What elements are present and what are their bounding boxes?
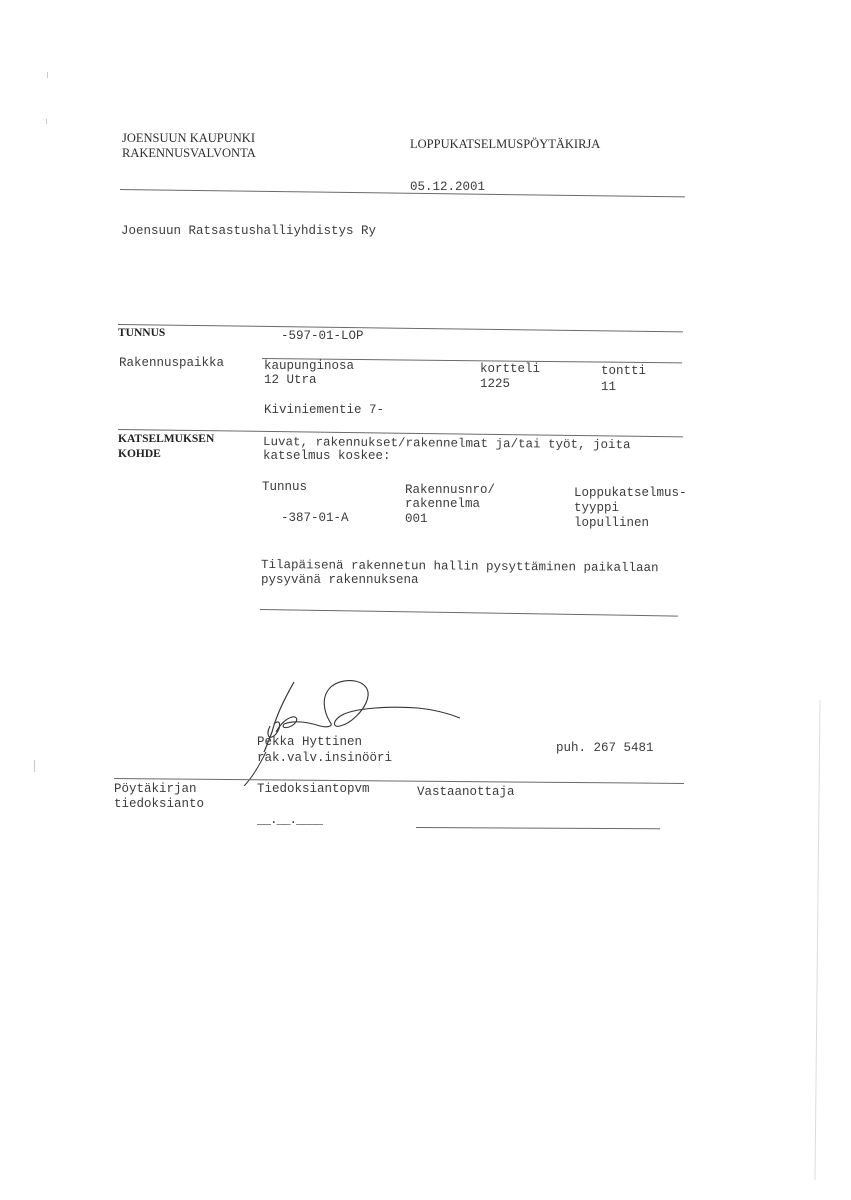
kaupunginosa-value: 12 Utra bbox=[264, 373, 317, 388]
scan-mark bbox=[46, 119, 47, 124]
tiedoksianto-label-line2: tiedoksianto bbox=[114, 797, 204, 812]
tiedoksiantopvm-field: __.__.____ bbox=[257, 813, 322, 828]
tunnus-label: TUNNUS bbox=[118, 326, 165, 341]
kohde-label-line2: KOHDE bbox=[118, 447, 161, 462]
kaupunginosa-label: kaupunginosa bbox=[264, 359, 354, 374]
signer-name: Pekka Hyttinen bbox=[257, 735, 362, 750]
tiedoksiantopvm-label: Tiedoksiantopvm bbox=[257, 782, 370, 797]
org-name: JOENSUUN KAUPUNKI bbox=[122, 131, 255, 146]
recipient-name: Joensuun Ratsastushalliyhdistys Ry bbox=[121, 224, 376, 239]
description-line2: pysyvänä rakennuksena bbox=[261, 573, 419, 588]
scan-mark bbox=[47, 72, 48, 78]
signature-scribble bbox=[228, 676, 468, 786]
signer-phone: puh. 267 5481 bbox=[556, 741, 654, 756]
tiedoksianto-label-line1: Pöytäkirjan bbox=[114, 782, 197, 797]
col-tyyppi-label-line1: Loppukatselmus- bbox=[574, 486, 687, 501]
kohde-intro-line2: katselmus koskee: bbox=[263, 449, 391, 464]
description-divider bbox=[260, 609, 678, 617]
row-tyyppi: lopullinen bbox=[574, 516, 649, 531]
row-tunnus: -387-01-A bbox=[281, 511, 349, 526]
address: Kiviniementie 7- bbox=[264, 403, 384, 418]
kohde-label-line1: KATSELMUKSEN bbox=[118, 432, 214, 447]
row-rakennusnro: 001 bbox=[405, 512, 428, 527]
vastaanottaja-label: Vastaanottaja bbox=[417, 785, 515, 800]
col-tunnus-label: Tunnus bbox=[262, 480, 307, 495]
scan-mark bbox=[34, 760, 35, 772]
document-title: LOPPUKATSELMUSPÖYTÄKIRJA bbox=[410, 137, 600, 152]
scan-edge-line bbox=[814, 700, 820, 1180]
org-department: RAKENNUSVALVONTA bbox=[122, 146, 256, 161]
tunnus-divider bbox=[118, 324, 683, 332]
kortteli-value: 1225 bbox=[480, 377, 510, 392]
col-rakennusnro-label-line2: rakennelma bbox=[405, 497, 480, 512]
tontti-value: 11 bbox=[601, 380, 616, 395]
tontti-label: tontti bbox=[601, 364, 646, 379]
vastaanottaja-line bbox=[416, 827, 660, 829]
col-tyyppi-label-line2: tyyppi bbox=[574, 501, 619, 516]
rakennuspaikka-label: Rakennuspaikka bbox=[119, 356, 224, 371]
signer-title: rak.valv.insinööri bbox=[257, 751, 392, 766]
kortteli-label: kortteli bbox=[480, 362, 540, 377]
header-divider bbox=[120, 189, 685, 197]
col-rakennusnro-label-line1: Rakennusnro/ bbox=[405, 483, 495, 498]
tunnus-value: -597-01-LOP bbox=[281, 329, 364, 344]
